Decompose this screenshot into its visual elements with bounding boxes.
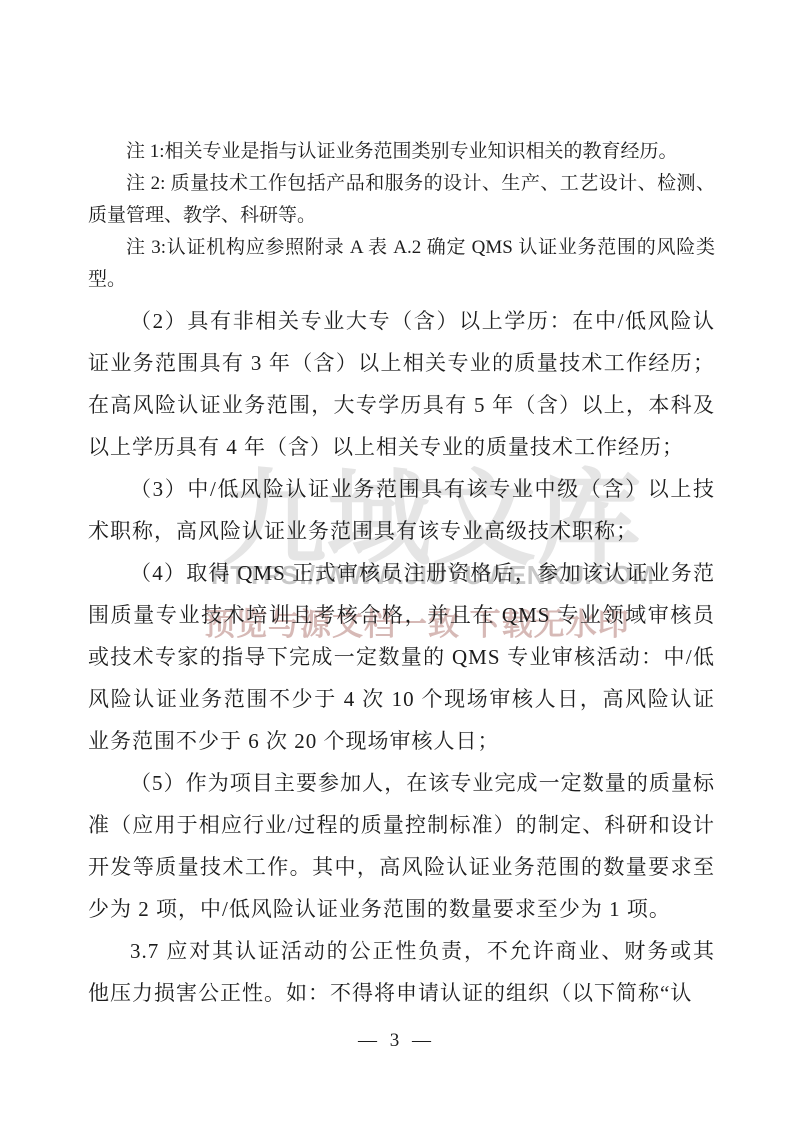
note-line: 注 2: 质量技术工作包括产品和服务的设计、生产、工艺设计、检测、质量管理、教学…: [88, 168, 715, 232]
page-footer: — 3 —: [0, 1030, 793, 1052]
notes-block: 注 1:相关专业是指与认证业务范围类别专业知识相关的教育经历。 注 2: 质量技…: [88, 136, 715, 296]
body-paragraph: （2）具有非相关专业大专（含）以上学历：在中/低风险认证业务范围具有 3 年（含…: [88, 300, 715, 468]
body-paragraph: 3.7 应对其认证活动的公正性负责，不允许商业、财务或其他压力损害公正性。如：不…: [88, 930, 715, 1014]
page-content: 注 1:相关专业是指与认证业务范围类别专业知识相关的教育经历。 注 2: 质量技…: [88, 136, 715, 1014]
body-paragraph: （3）中/低风险认证业务范围具有该专业中级（含）以上技术职称，高风险认证业务范围…: [88, 468, 715, 552]
document-page: 九域文库 HTTPS://WWW.JIUYUWENKU.COM 预览与源文档一致…: [0, 0, 793, 1122]
body-paragraph: （5）作为项目主要参加人，在该专业完成一定数量的质量标准（应用于相应行业/过程的…: [88, 762, 715, 930]
note-line: 注 3:认证机构应参照附录 A 表 A.2 确定 QMS 认证业务范围的风险类型…: [88, 232, 715, 296]
body-paragraph: （4）取得 QMS 正式审核员注册资格后，参加该认证业务范围质量专业技术培训且考…: [88, 552, 715, 762]
page-number: — 3 —: [358, 1030, 435, 1051]
body-block: （2）具有非相关专业大专（含）以上学历：在中/低风险认证业务范围具有 3 年（含…: [88, 300, 715, 1014]
note-line: 注 1:相关专业是指与认证业务范围类别专业知识相关的教育经历。: [88, 136, 715, 168]
